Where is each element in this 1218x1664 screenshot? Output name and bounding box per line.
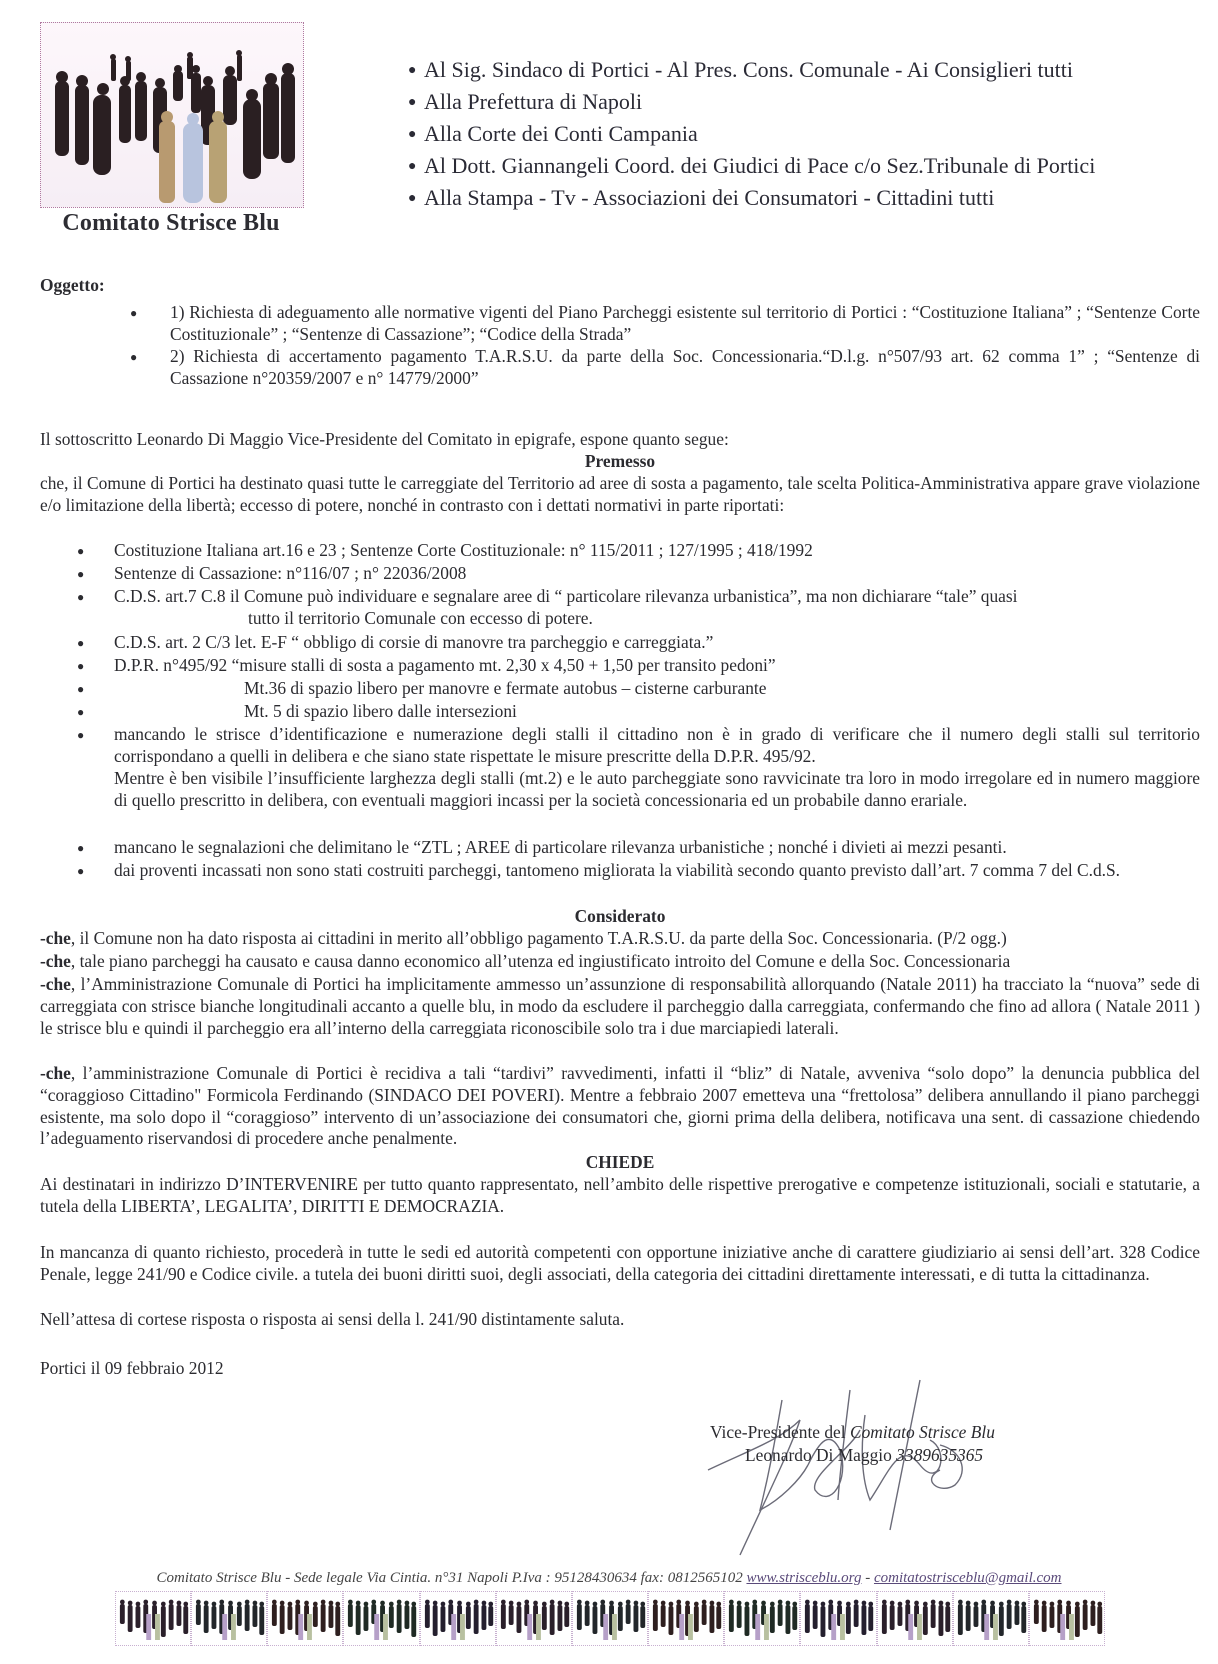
crowd-thumbnail-icon bbox=[800, 1591, 876, 1646]
premesso-bullet: Costituzione Italiana art.16 e 23 ; Sent… bbox=[114, 540, 1200, 562]
premesso-bullet-continuation: Mentre è ben visibile l’insufficiente la… bbox=[114, 768, 1200, 812]
premesso-bullet: dai proventi incassati non sono stati co… bbox=[114, 860, 1200, 882]
recipient-item: ●Alla Stampa - Tv - Associazioni dei Con… bbox=[408, 182, 1095, 214]
bullet-icon: ● bbox=[77, 544, 84, 559]
premesso-bullet-continuation: tutto il territorio Comunale con eccesso… bbox=[248, 608, 593, 630]
crowd-thumbnail-icon bbox=[1029, 1591, 1105, 1646]
premesso-bullet: Sentenze di Cassazione: n°116/07 ; n° 22… bbox=[114, 563, 1200, 585]
bullet-icon: ● bbox=[77, 864, 84, 879]
signatory-name: Leonardo Di Maggio 3389635365 bbox=[745, 1445, 983, 1466]
crowd-thumbnail-icon bbox=[648, 1591, 724, 1646]
premesso-bullet: C.D.S. art.7 C.8 il Comune può individua… bbox=[114, 586, 1200, 608]
considerato-item: -che, tale piano parcheggi ha causato e … bbox=[40, 951, 1200, 973]
bullet-icon: ● bbox=[408, 87, 424, 118]
bullet-icon: ● bbox=[408, 55, 424, 86]
bullet-icon: ● bbox=[77, 659, 84, 674]
premesso-bullet: C.D.S. art. 2 C/3 let. E-F “ obbligo di … bbox=[114, 632, 1200, 654]
bullet-icon: ● bbox=[130, 306, 137, 321]
premesso-paragraph: che, il Comune di Portici ha destinato q… bbox=[40, 473, 1200, 517]
considerato-item: -che, il Comune non ha dato risposta ai … bbox=[40, 928, 1200, 950]
crowd-thumbnail-icon bbox=[572, 1591, 648, 1646]
signatory-title: Vice-Presidente del Comitato Strisce Blu bbox=[710, 1422, 995, 1443]
considerato-item: -che, l’Amministrazione Comunale di Port… bbox=[40, 974, 1200, 1039]
premesso-bullet: D.P.R. n°495/92 “misure stalli di sosta … bbox=[114, 655, 1200, 677]
crowd-silhouettes-strip-icon bbox=[115, 1591, 1105, 1646]
phone-number: 3389635365 bbox=[896, 1445, 983, 1465]
recipient-item: ●Alla Corte dei Conti Campania bbox=[408, 118, 1095, 150]
bullet-icon: ● bbox=[77, 728, 84, 743]
crowd-thumbnail-icon bbox=[877, 1591, 953, 1646]
bullet-icon: ● bbox=[408, 151, 424, 182]
bullet-icon: ● bbox=[130, 350, 137, 365]
bullet-icon: ● bbox=[77, 682, 84, 697]
recipient-item: ●Al Dott. Giannangeli Coord. dei Giudici… bbox=[408, 150, 1095, 182]
website-link[interactable]: www.strisceblu.org bbox=[746, 1570, 861, 1586]
logo-crowd-icon bbox=[40, 22, 304, 208]
bullet-icon: ● bbox=[408, 183, 424, 214]
email-link[interactable]: comitatostrisceblu@gmail.com bbox=[874, 1570, 1062, 1586]
crowd-thumbnail-icon bbox=[953, 1591, 1029, 1646]
organization-name: Comitato Strisce Blu bbox=[40, 210, 302, 237]
bullet-icon: ● bbox=[77, 636, 84, 651]
section-heading-premesso: Premesso bbox=[40, 451, 1200, 473]
premesso-bullet: mancando le strisce d’identificazione e … bbox=[114, 724, 1200, 768]
intro-text: Il sottoscritto Leonardo Di Maggio Vice-… bbox=[40, 429, 729, 451]
place-date: Portici il 09 febbraio 2012 bbox=[40, 1358, 224, 1380]
premesso-bullet: Mt.36 di spazio libero per manovre e fer… bbox=[244, 678, 766, 700]
bullet-icon: ● bbox=[77, 590, 84, 605]
subject-item: 1) Richiesta di adeguamento alle normati… bbox=[170, 302, 1200, 346]
crowd-thumbnail-icon bbox=[420, 1591, 496, 1646]
section-heading-considerato: Considerato bbox=[40, 906, 1200, 928]
premesso-bullet: mancano le segnalazioni che delimitano l… bbox=[114, 837, 1200, 859]
footer-contact: Comitato Strisce Blu - Sede legale Via C… bbox=[0, 1570, 1218, 1587]
bullet-icon: ● bbox=[408, 119, 424, 150]
bullet-icon: ● bbox=[77, 567, 84, 582]
chiede-paragraph: Ai destinatari in indirizzo D’INTERVENIR… bbox=[40, 1174, 1200, 1218]
crowd-thumbnail-icon bbox=[343, 1591, 419, 1646]
recipients-list: ●Al Sig. Sindaco di Portici - Al Pres. C… bbox=[408, 54, 1095, 214]
closing-paragraph: In mancanza di quanto richiesto, procede… bbox=[40, 1242, 1200, 1286]
recipient-item: ●Alla Prefettura di Napoli bbox=[408, 86, 1095, 118]
subject-label: Oggetto: bbox=[40, 275, 105, 296]
crowd-thumbnail-icon bbox=[115, 1591, 191, 1646]
bullet-icon: ● bbox=[77, 841, 84, 856]
section-heading-chiede: CHIEDE bbox=[40, 1152, 1200, 1174]
subject-item: 2) Richiesta di accertamento pagamento T… bbox=[170, 346, 1200, 390]
premesso-bullet: Mt. 5 di spazio libero dalle intersezion… bbox=[244, 701, 517, 723]
crowd-thumbnail-icon bbox=[724, 1591, 800, 1646]
crowd-thumbnail-icon bbox=[496, 1591, 572, 1646]
crowd-thumbnail-icon bbox=[267, 1591, 343, 1646]
salutation-text: Nell’attesa di cortese risposta o rispos… bbox=[40, 1309, 624, 1331]
recipient-item: ●Al Sig. Sindaco di Portici - Al Pres. C… bbox=[408, 54, 1095, 86]
considerato-item: -che, l’amministrazione Comunale di Port… bbox=[40, 1063, 1200, 1150]
crowd-thumbnail-icon bbox=[191, 1591, 267, 1646]
bullet-icon: ● bbox=[77, 705, 84, 720]
